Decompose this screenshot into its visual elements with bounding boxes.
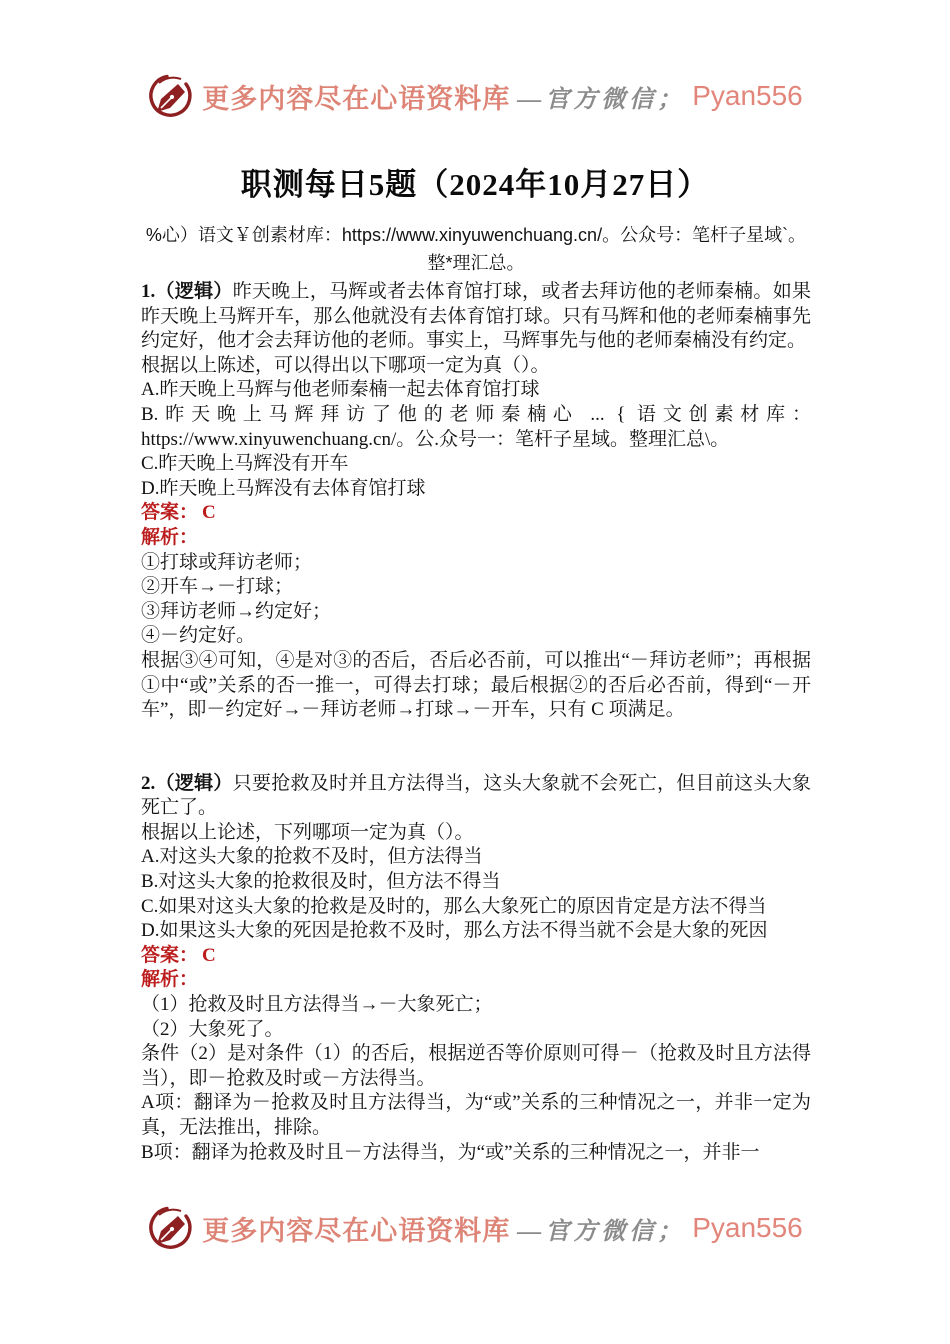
question-2: 2.（逻辑）只要抢救及时并且方法得当，这头大象就不会死亡，但目前这头大象死亡了。…	[141, 772, 811, 1166]
answer-value: C	[198, 502, 216, 523]
watermark-wechat-id: Pyan556	[692, 1212, 803, 1244]
analysis-line: （2）大象死了。	[141, 1018, 811, 1043]
answer-label: 答案：	[141, 945, 198, 966]
answer-value: C	[198, 945, 216, 966]
footer-watermark: 更多内容尽在心语资料库 —官方微信； Pyan556	[0, 1204, 950, 1252]
analysis-line: ④－约定好。	[141, 624, 811, 649]
analysis-line: （1）抢救及时且方法得当→－大象死亡；	[141, 993, 811, 1018]
analysis-paragraph: 条件（2）是对条件（1）的否后，根据逆否等价原则可得－（抢救及时且方法得当），即…	[141, 1042, 811, 1091]
option-b: B.对这头大象的抢救很及时，但方法不得当	[141, 870, 811, 895]
watermark-wechat-id: Pyan556	[692, 80, 803, 112]
analysis-line: ③拜访老师→约定好；	[141, 600, 811, 625]
watermark-text: 更多内容尽在心语资料库	[202, 77, 510, 116]
document-page: 更多内容尽在心语资料库 —官方微信； Pyan556 职测每日5题（2024年1…	[0, 0, 950, 1344]
pen-logo-icon	[147, 72, 195, 120]
question-prompt: 根据以上陈述，可以得出以下哪项一定为真（）。	[141, 354, 811, 379]
watermark-channel-label: —官方微信；	[517, 79, 685, 114]
analysis-paragraph: A项：翻译为－抢救及时且方法得当，为“或”关系的三种情况之一，并非一定为真，无法…	[141, 1091, 811, 1140]
watermark-text: 更多内容尽在心语资料库	[202, 1209, 510, 1248]
pen-logo-icon	[147, 1204, 195, 1252]
option-b: B.昨天晚上马辉拜访了他的老师秦楠心 ... { 语文创素材库： https:/…	[141, 403, 811, 452]
question-stem: 2.（逻辑）只要抢救及时并且方法得当，这头大象就不会死亡，但目前这头大象死亡了。	[141, 772, 811, 821]
watermark-channel-label: —官方微信；	[517, 1211, 685, 1246]
analysis-label: 解析：	[141, 526, 811, 551]
analysis-line: B项：翻译为抢救及时且－方法得当，为“或”关系的三种情况之一，并非一	[141, 1141, 811, 1166]
header-watermark: 更多内容尽在心语资料库 —官方微信； Pyan556	[0, 72, 950, 120]
answer-line: 答案：C	[141, 944, 811, 969]
analysis-paragraph: 根据③④可知，④是对③的否后，否后必否前，可以推出“－拜访老师”；再根据①中“或…	[141, 649, 811, 723]
question-number: 2.（逻辑）	[141, 773, 233, 794]
intro-note: %心）语文￥创素材库：https://www.xinyuwenchuang.cn…	[141, 221, 811, 277]
page-title: 职测每日5题（2024年10月27日）	[0, 159, 950, 204]
question-number: 1.（逻辑）	[141, 281, 233, 302]
analysis-line: ①打球或拜访老师；	[141, 551, 811, 576]
question-1: 1.（逻辑）昨天晚上，马辉或者去体育馆打球，或者去拜访他的老师秦楠。如果昨天晚上…	[141, 280, 811, 723]
analysis-line: ②开车→－打球；	[141, 575, 811, 600]
answer-line: 答案：C	[141, 501, 811, 526]
option-d: D.如果这头大象的死因是抢救不及时，那么方法不得当就不会是大象的死因	[141, 919, 811, 944]
option-c: C.昨天晚上马辉没有开车	[141, 452, 811, 477]
question-stem: 1.（逻辑）昨天晚上，马辉或者去体育馆打球，或者去拜访他的老师秦楠。如果昨天晚上…	[141, 280, 811, 354]
option-c: C.如果对这头大象的抢救是及时的，那么大象死亡的原因肯定是方法不得当	[141, 895, 811, 920]
option-a: A.昨天晚上马辉与他老师秦楠一起去体育馆打球	[141, 378, 811, 403]
question-prompt: 根据以上论述，下列哪项一定为真（）。	[141, 821, 811, 846]
answer-label: 答案：	[141, 502, 198, 523]
option-d: D.昨天晚上马辉没有去体育馆打球	[141, 477, 811, 502]
document-body: %心）语文￥创素材库：https://www.xinyuwenchuang.cn…	[141, 221, 811, 1165]
analysis-label: 解析：	[141, 968, 811, 993]
option-a: A.对这头大象的抢救不及时，但方法得当	[141, 845, 811, 870]
